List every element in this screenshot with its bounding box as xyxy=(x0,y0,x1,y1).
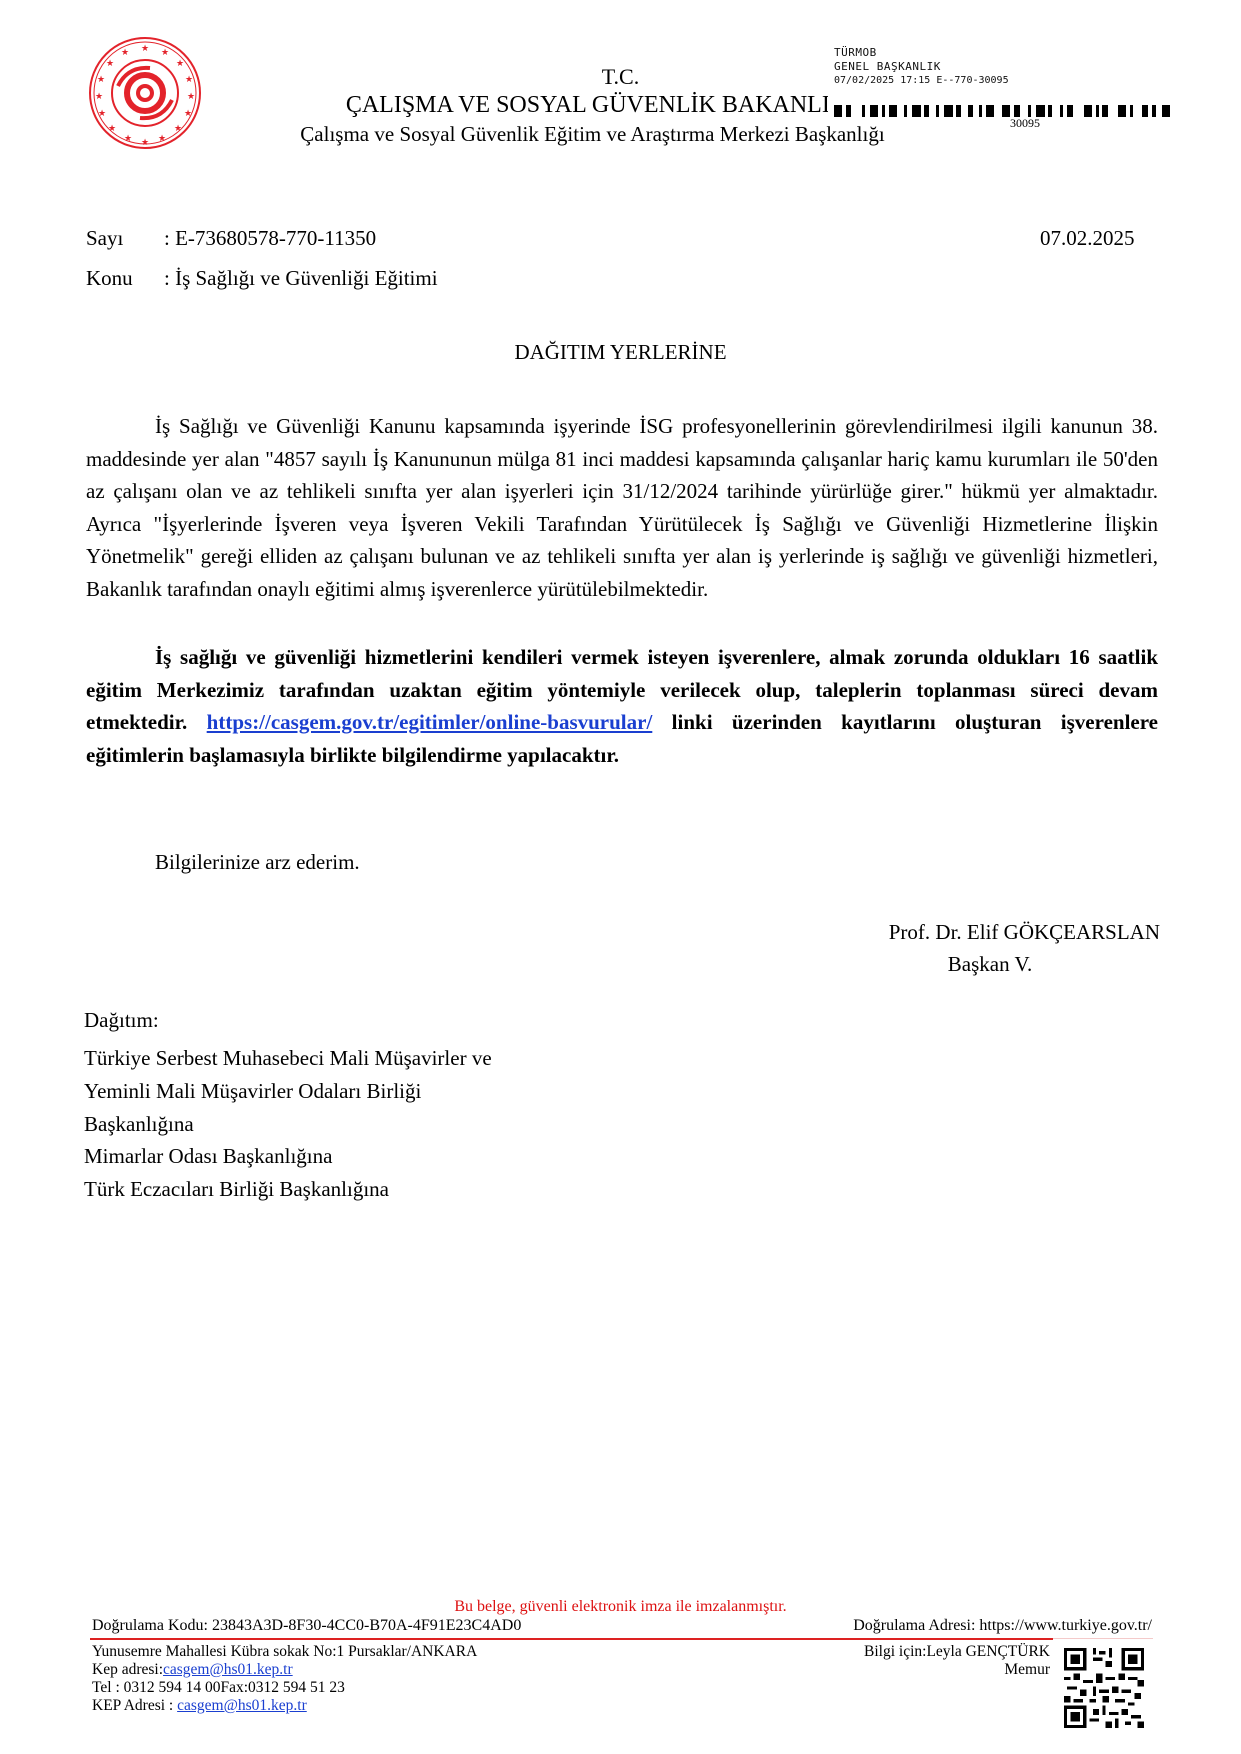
footer-divider-light xyxy=(1053,1638,1153,1639)
signer-title: Başkan V. xyxy=(890,952,1090,977)
verification-code: Doğrulama Kodu: 23843A3D-8F30-4CC0-B70A-… xyxy=(92,1617,521,1635)
footer-address: Yunusemre Mahallesi Kübra sokak No:1 Pur… xyxy=(92,1643,477,1661)
distribution-item: Yeminli Mali Müşavirler Odaları Birliği xyxy=(84,1075,492,1108)
kep-link-2[interactable]: casgem@hs01.kep.tr xyxy=(177,1697,307,1714)
footer-kep-2: KEP Adresi : casgem@hs01.kep.tr xyxy=(92,1697,477,1715)
qr-code-icon[interactable] xyxy=(1064,1648,1144,1728)
distribution-heading: Dağıtım: xyxy=(84,1008,159,1033)
info-contact-title: Memur xyxy=(760,1661,1050,1679)
footer-contact: Yunusemre Mahallesi Kübra sokak No:1 Pur… xyxy=(92,1643,477,1715)
konu-label: Konu xyxy=(86,266,133,291)
footer-divider xyxy=(90,1638,1053,1640)
svg-text:★: ★ xyxy=(141,44,149,54)
sayi-label: Sayı xyxy=(86,226,123,251)
info-contact-name: Bilgi için:Leyla GENÇTÜRK xyxy=(760,1643,1050,1661)
kep-link-1[interactable]: casgem@hs01.kep.tr xyxy=(163,1661,293,1678)
body-paragraph-2: İş sağlığı ve güvenliği hizmetlerini ken… xyxy=(86,641,1158,771)
verification-address: Doğrulama Adresi: https://www.turkiye.go… xyxy=(780,1617,1152,1635)
distribution-item: Mimarlar Odası Başkanlığına xyxy=(84,1140,492,1173)
svg-text:★: ★ xyxy=(121,48,129,58)
barcode-number: 30095 xyxy=(1010,116,1040,131)
stamp-line-3: 07/02/2025 17:15 E--770-30095 xyxy=(834,74,1183,88)
closing-line: Bilgilerinize arz ederim. xyxy=(155,850,360,875)
application-link[interactable]: https://casgem.gov.tr/egitimler/online-b… xyxy=(207,710,653,734)
registry-stamp: TÜRMOB GENEL BAŞKANLIK 07/02/2025 17:15 … xyxy=(828,46,1183,126)
stamp-line-2: GENEL BAŞKANLIK xyxy=(834,60,1183,74)
footer-phone: Tel : 0312 594 14 00Fax:0312 594 51 23 xyxy=(92,1679,477,1697)
signer-name: Prof. Dr. Elif GÖKÇEARSLAN xyxy=(760,920,1160,945)
sayi-value: : E-73680578-770-11350 xyxy=(164,226,376,251)
stamp-line-1: TÜRMOB xyxy=(834,46,1183,60)
svg-text:★: ★ xyxy=(161,48,169,58)
konu-value: : İş Sağlığı ve Güvenliği Eğitimi xyxy=(164,266,438,291)
distribution-item: Başkanlığına xyxy=(84,1108,492,1141)
distribution-item: Türk Eczacıları Birliği Başkanlığına xyxy=(84,1173,492,1206)
document-date: 07.02.2025 xyxy=(1040,226,1135,251)
distribution-item: Türkiye Serbest Muhasebeci Mali Müşavirl… xyxy=(84,1042,492,1075)
info-contact: Bilgi için:Leyla GENÇTÜRK Memur xyxy=(760,1643,1050,1679)
kep-label-2: KEP Adresi : xyxy=(92,1697,177,1714)
body-paragraph-1: İş Sağlığı ve Güvenliği Kanunu kapsamınd… xyxy=(86,410,1158,606)
barcode-icon xyxy=(834,105,1174,117)
recipient-heading: DAĞITIM YERLERİNE xyxy=(0,340,1241,365)
distribution-list: Türkiye Serbest Muhasebeci Mali Müşavirl… xyxy=(84,1042,492,1206)
esign-notice: Bu belge, güvenli elektronik imza ile im… xyxy=(0,1598,1241,1616)
footer-kep-1: Kep adresi:casgem@hs01.kep.tr xyxy=(92,1661,477,1679)
kep-label-1: Kep adresi: xyxy=(92,1661,163,1678)
